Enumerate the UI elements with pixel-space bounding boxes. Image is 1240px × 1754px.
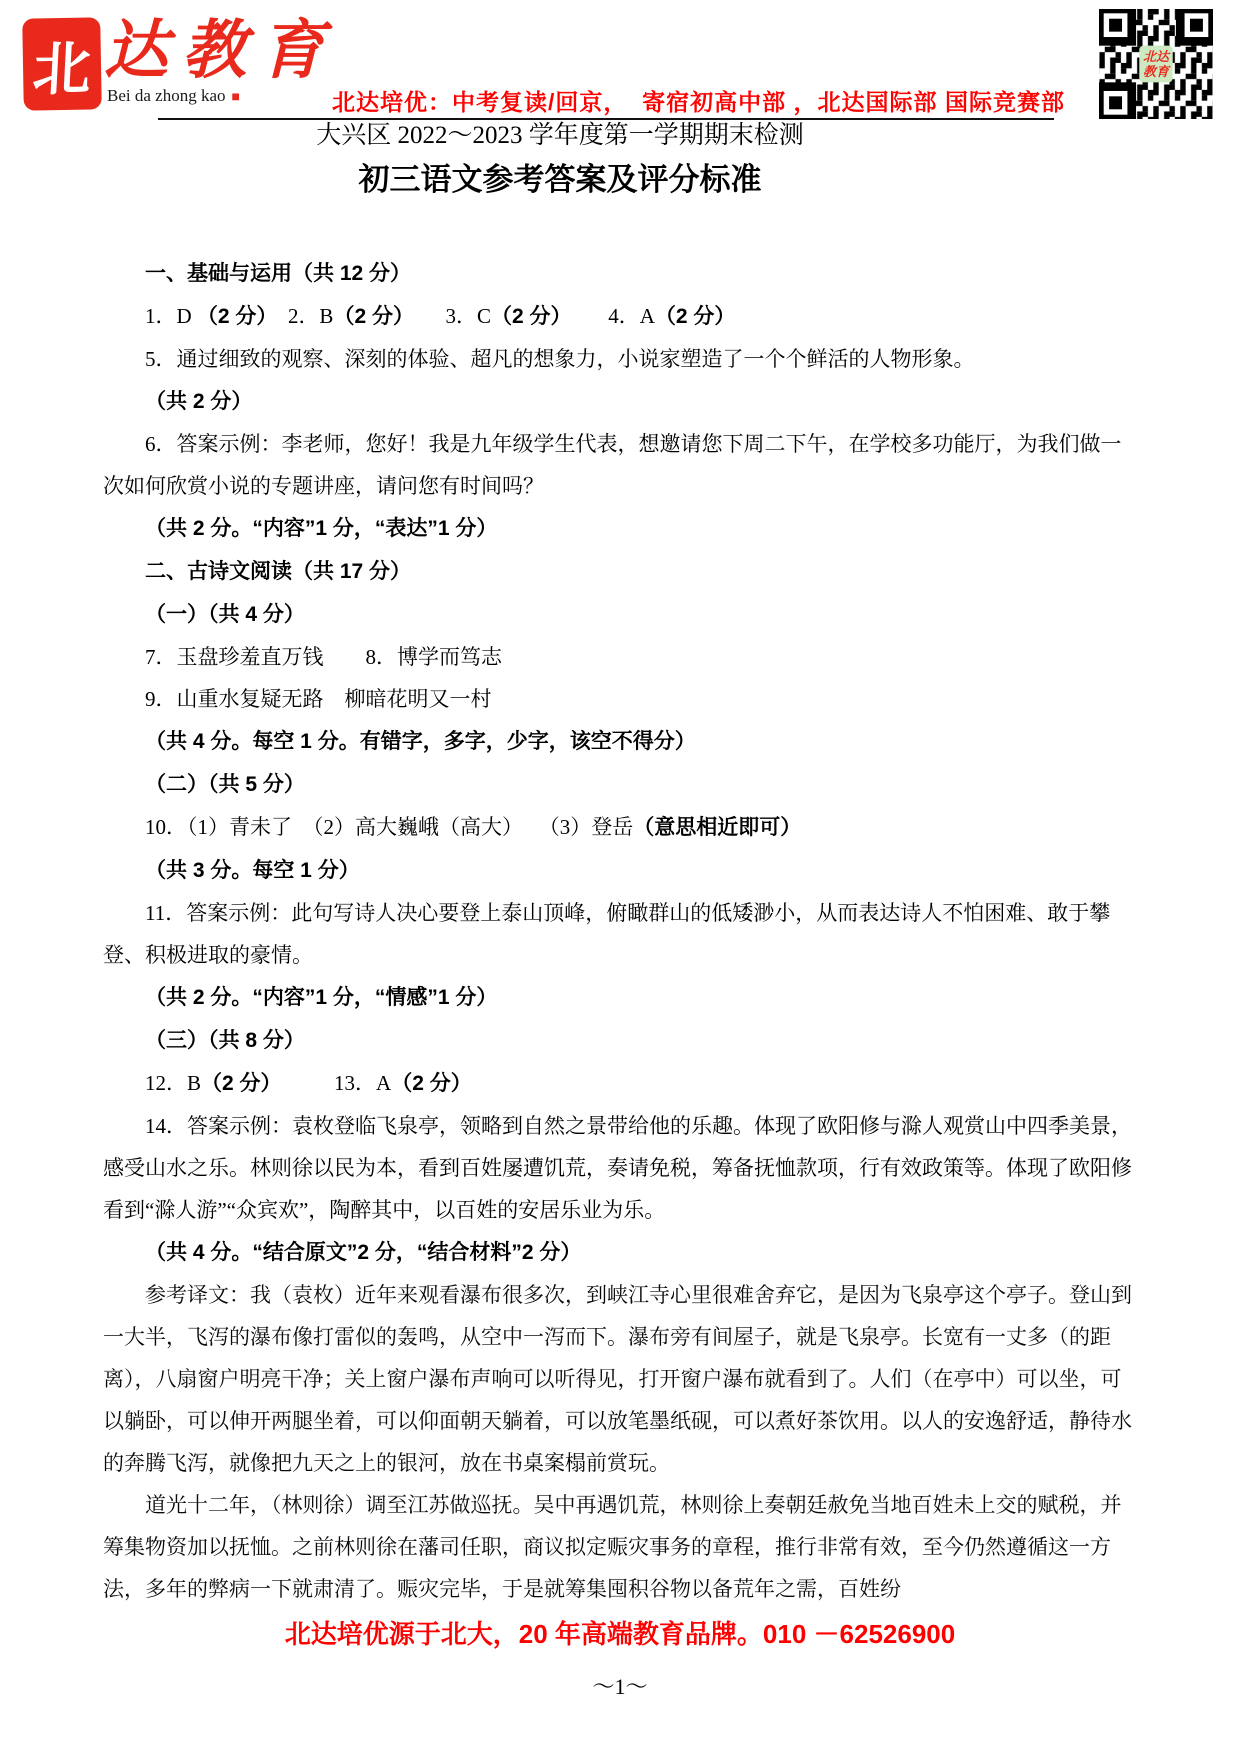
section-heading: （三）（共 8 分） [103, 1019, 1136, 1062]
answer-paragraph: 6．答案示例：李老师，您好！我是九年级学生代表，想邀请您下周二下午，在学校多功能… [103, 423, 1136, 507]
qr-finder-bottom-left [1099, 87, 1131, 119]
section-heading: （二）（共 5 分） [103, 763, 1136, 806]
qr-label-top: 北达 [1143, 49, 1171, 64]
qr-finder-top-left [1099, 9, 1131, 41]
qr-label-bottom: 教育 [1143, 64, 1171, 79]
answer-paragraph: 10．（1）青未了 （2）高大巍峨（高大） （3）登岳（意思相近即可） [103, 806, 1136, 849]
scoring-note: （共 4 分。“结合原文”2 分，“结合材料”2 分） [103, 1231, 1136, 1274]
section-heading: 一、基础与运用（共 12 分） [103, 252, 1136, 295]
answer-paragraph: 12．B（2 分） 13．A（2 分） [103, 1062, 1136, 1105]
answer-paragraph: 7．玉盘珍羞直万钱 8．博学而笃志 [103, 636, 1136, 678]
scoring-note: （共 3 分。每空 1 分） [103, 849, 1136, 892]
scoring-note: （共 2 分。“内容”1 分，“表达”1 分） [103, 507, 1136, 550]
answer-body: 一、基础与运用（共 12 分）1．D （2 分） 2．B（2 分） 3．C（2 … [103, 252, 1136, 1608]
footer-promo-text: 北达培优源于北大，20 年高端教育品牌。010 －62526900 [0, 1614, 1240, 1651]
title-block: 大兴区 2022～2023 学年度第一学期期末检测 初三语文参考答案及评分标准 [60, 121, 1060, 199]
scoring-note: （共 2 分） [103, 380, 1136, 423]
red-square-bullet: ■ [232, 90, 240, 105]
beida-seal-logo: 北 [24, 19, 100, 108]
document-title: 初三语文参考答案及评分标准 [60, 161, 1060, 199]
qr-code-graphic: 北达 教育 [1099, 9, 1213, 119]
answer-paragraph: 1．D （2 分） 2．B（2 分） 3．C（2 分） 4．A（2 分） [103, 295, 1136, 338]
answer-paragraph: 9．山重水复疑无路 柳暗花明又一村 [103, 678, 1136, 720]
section-heading: 二、古诗文阅读（共 17 分） [103, 550, 1136, 593]
answer-paragraph: 14．答案示例：袁枚登临飞泉亭，领略到自然之景带给他的乐趣。体现了欧阳修与滁人观… [103, 1105, 1136, 1231]
reference-translation-paragraph: 参考译文：我（袁枚）近年来观看瀑布很多次，到峡江寺心里很难舍弃它，是因为飞泉亭这… [103, 1274, 1136, 1484]
scoring-note: （共 4 分。每空 1 分。有错字，多字，少字，该空不得分） [103, 720, 1136, 763]
seal-character: 北 [31, 21, 93, 106]
section-heading: （一）（共 4 分） [103, 593, 1136, 636]
qr-finder-top-right [1180, 9, 1212, 41]
header-divider-line [158, 118, 1054, 120]
answer-paragraph: 11．答案示例：此句写诗人决心要登上泰山顶峰，俯瞰群山的低矮渺小，从而表达诗人不… [103, 892, 1136, 976]
scoring-note: （共 2 分。“内容”1 分，“情感”1 分） [103, 976, 1136, 1019]
header-tagline: 北达培优：中考复读/回京， 寄宿初高中部 ，北达国际部 国际竞赛部 [332, 84, 1065, 117]
reference-translation-paragraph: 道光十二年，（林则徐）调至江苏做巡抚。吴中再遇饥荒，林则徐上奏朝廷赦免当地百姓未… [103, 1484, 1136, 1608]
page-number: ～1～ [0, 1670, 1240, 1701]
qr-code: 北达 教育 [1099, 9, 1213, 119]
brand-calligraphy-text: 达教育 [104, 6, 338, 96]
brand-latin-text: Bei da zhong kao [107, 86, 226, 105]
brand-latin-caption: Bei da zhong kao■ [107, 86, 240, 106]
exam-session-title: 大兴区 2022～2023 学年度第一学期期末检测 [60, 121, 1060, 151]
exam-answer-page: 北 达教育 Bei da zhong kao■ 北达培优：中考复读/回京， 寄宿… [0, 0, 1240, 1754]
answer-paragraph: 5．通过细致的观察、深刻的体验、超凡的想象力，小说家塑造了一个个鲜活的人物形象。 [103, 338, 1136, 380]
